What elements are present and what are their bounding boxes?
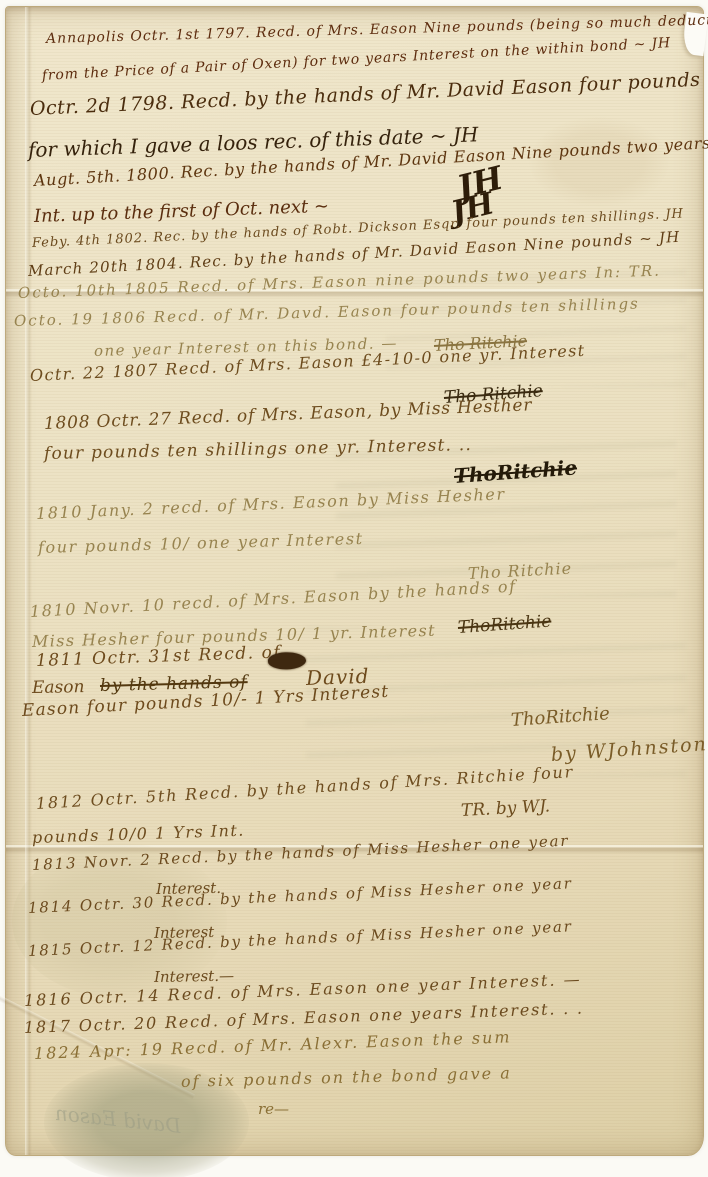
signature-1810nov: ThoRitchie <box>457 612 552 637</box>
entry-1824-line2: of six pounds on the bond gave a <box>181 1064 512 1090</box>
entry-1814-line1: 1814 Octr. 30 Recd. by the hands of Miss… <box>28 875 573 916</box>
entry-1808-line1: 1808 Octr. 27 Recd. of Mrs. Eason, by Mi… <box>44 396 533 433</box>
signature-1808: ThoRitchie <box>453 456 578 487</box>
entry-1808-line2: four pounds ten shillings one yr. Intere… <box>44 436 472 464</box>
signature-1811: ThoRitchie <box>510 704 610 731</box>
ink-blot-1811: Mrs <box>268 652 307 670</box>
manuscript-text-layer: Annapolis Octr. 1st 1797. Recd. of Mrs. … <box>6 7 703 1155</box>
signature-1812: TR. by WJ. <box>461 797 551 820</box>
entry-1810nov-line1: 1810 Novr. 10 recd. of Mrs. Eason by the… <box>30 578 518 621</box>
signature-1811-clerk: by WJohnston <box>550 734 708 766</box>
manuscript-page: Annapolis Octr. 1st 1797. Recd. of Mrs. … <box>5 6 704 1156</box>
entry-1812-line2: pounds 10/0 1 Yrs Int. <box>32 822 245 847</box>
entry-1806-line1: Octo. 19 1806 Recd. of Mr. Davd. Eason f… <box>14 296 640 330</box>
entry-1811-line2a: Eason <box>32 678 85 698</box>
scan-background: Annapolis Octr. 1st 1797. Recd. of Mrs. … <box>0 0 708 1177</box>
bleedthrough-signature: David Eason <box>54 1102 182 1137</box>
entry-1815-line1: 1815 Octr. 12 Recd. by the hands of Miss… <box>28 918 573 959</box>
entry-1810jan-line2: four pounds 10/ one year Interest <box>38 530 364 557</box>
entry-1800-line2: Int. up to the first of Oct. next ~ <box>34 197 330 227</box>
entry-1810jan-line1: 1810 Jany. 2 recd. of Mrs. Eason by Miss… <box>36 485 506 522</box>
entry-1824-line3: re— <box>258 1101 289 1118</box>
